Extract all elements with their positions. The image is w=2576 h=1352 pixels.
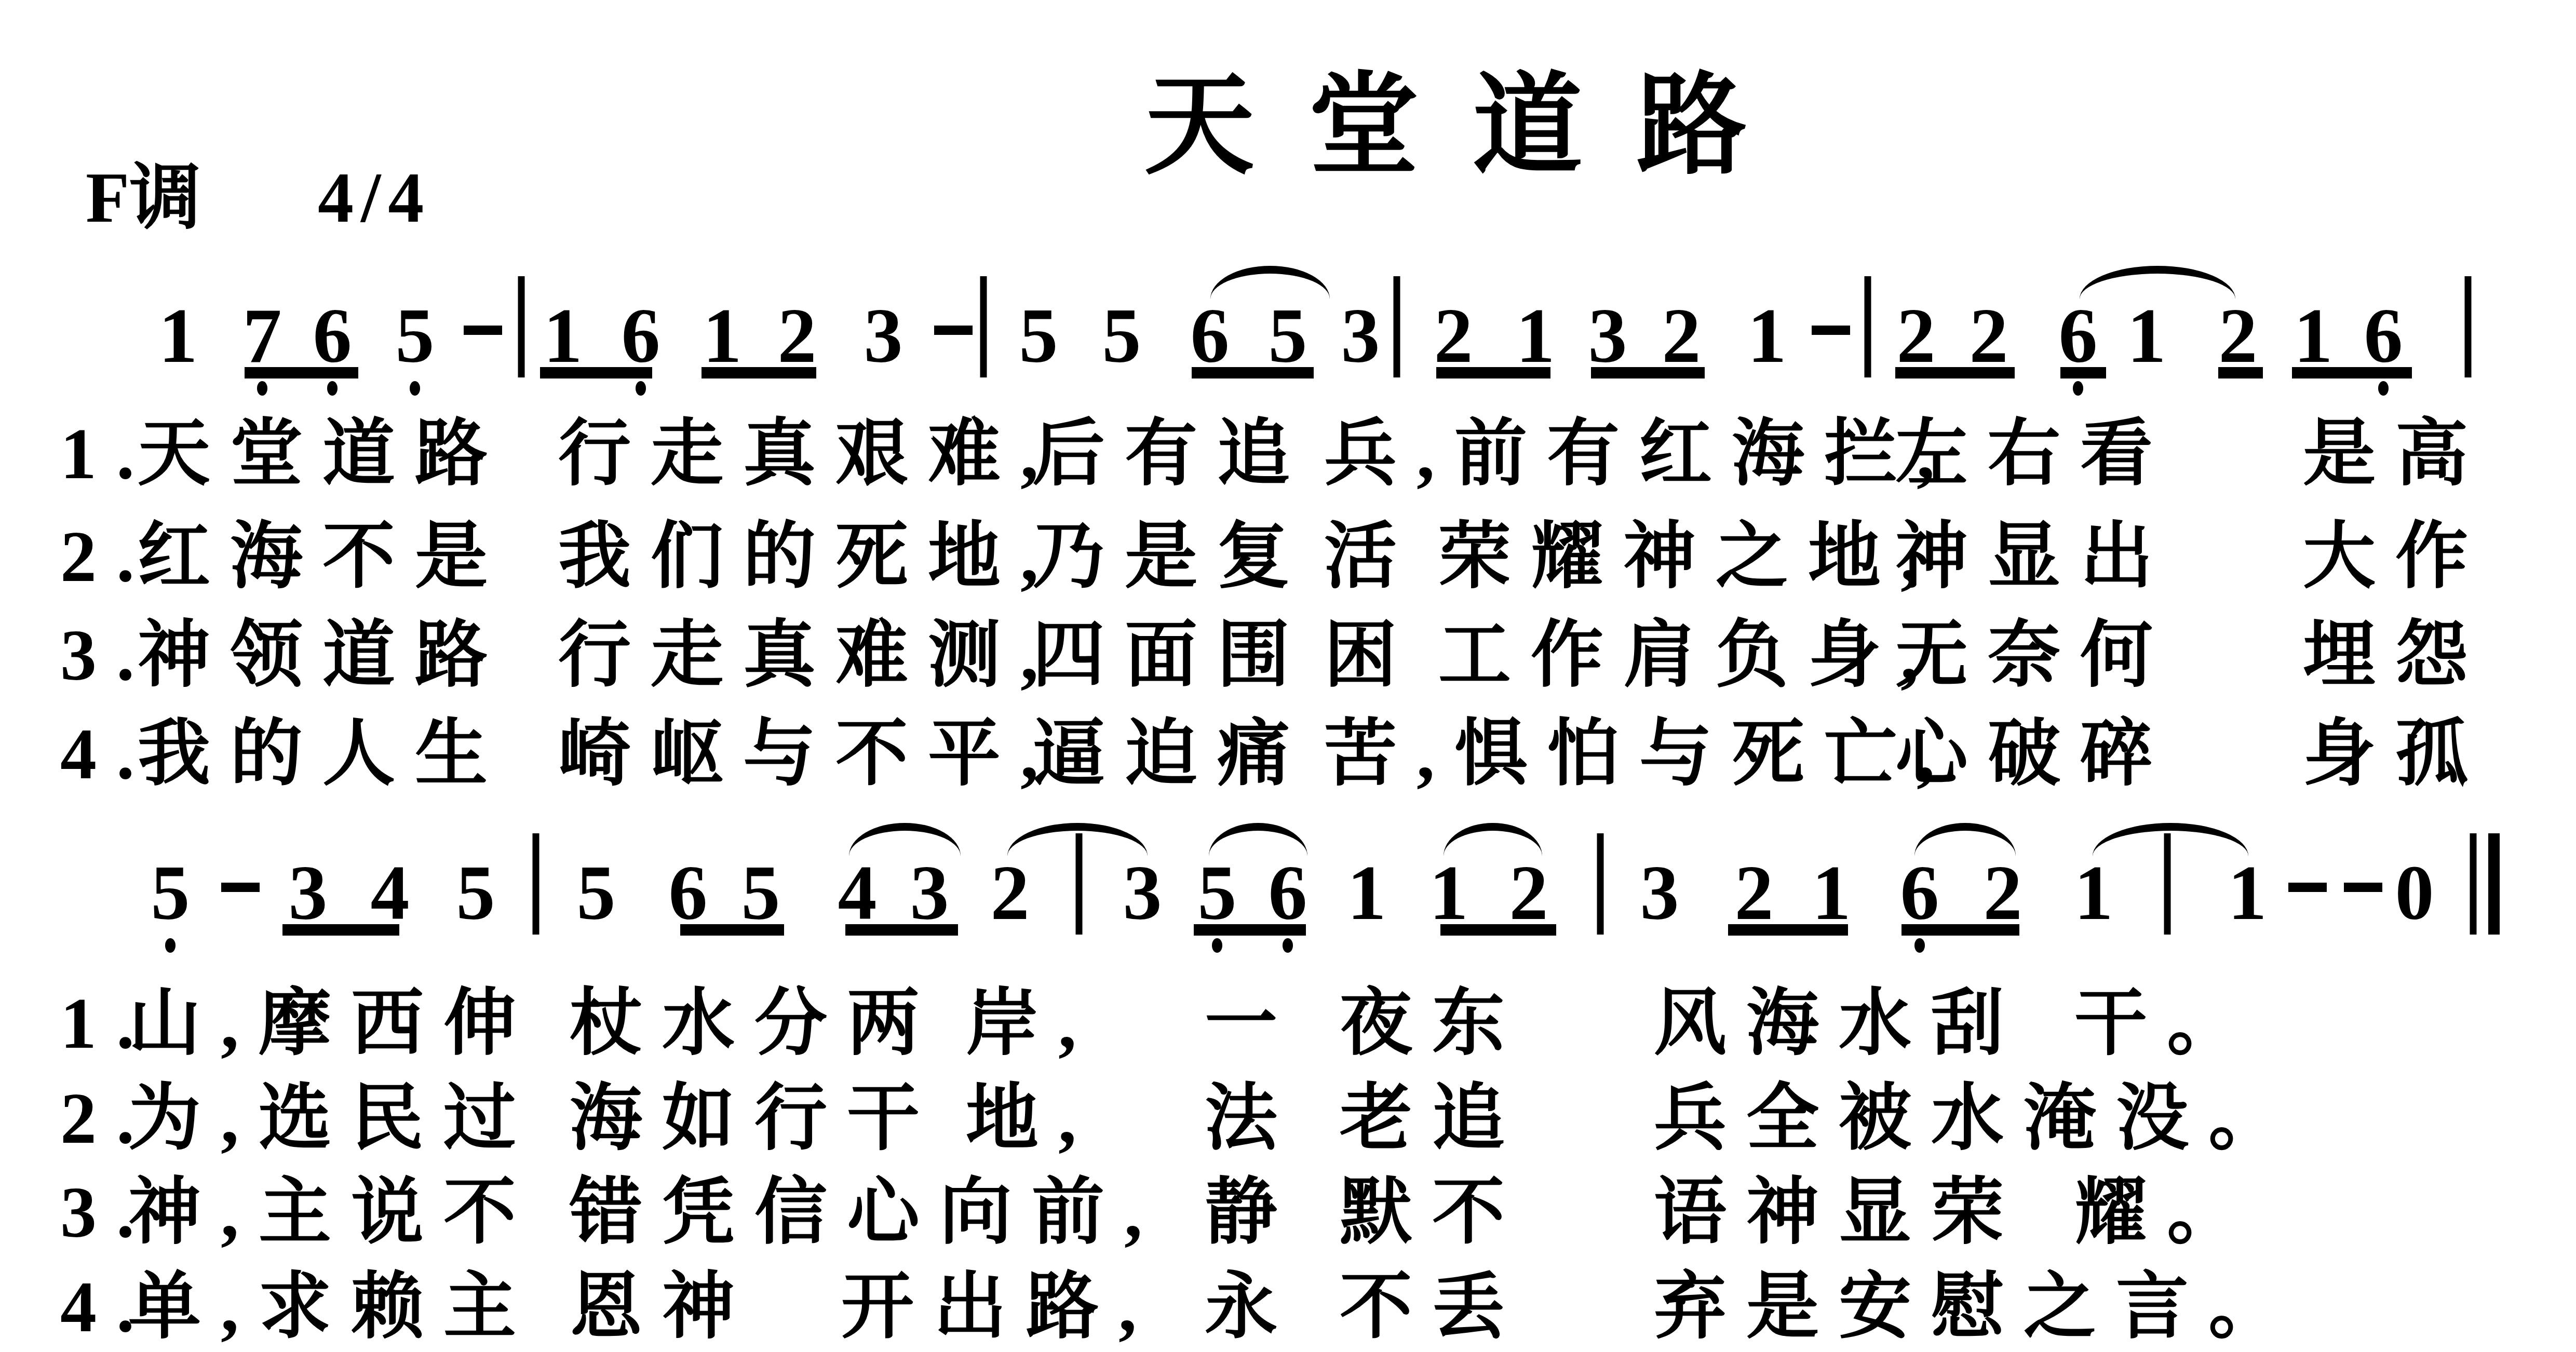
barline [518,276,525,377]
note-number: 6 [1191,297,1230,375]
lyric-segment: 工作肩负身, [1438,619,1938,692]
beam [845,924,958,936]
final-barline [2488,833,2500,935]
note-number: 5 [1019,297,1058,375]
lyric-segment: 左右看 [1895,418,2173,491]
beam [2218,367,2263,378]
note-number: 5 [741,854,780,932]
duration-dash [2288,883,2327,892]
note-number: 4 [371,854,410,932]
beam [1192,367,1314,378]
note-number: 1 [544,297,583,375]
slur-arc [1444,823,1542,856]
note-number: 2 [1662,297,1701,375]
note-number: 5 [396,297,435,375]
slur-arc [849,823,961,856]
note-number: 3 [1341,297,1380,375]
beam [1728,924,1848,936]
slur-arc [1007,823,1148,856]
note-number: 3 [1588,297,1627,375]
octave-dot [327,381,338,396]
beam [1901,924,2019,936]
note-number: 1 [703,297,742,375]
lyric-segment: 一 [1205,988,1297,1060]
lyric-segment: 神,主说不 [128,1177,536,1249]
lyric-segment: 兵,前有红海拦, [1324,418,1954,491]
note-number: 5 [1198,854,1237,932]
lyric-segment: 神显出 [1895,521,2173,593]
duration-dash [2344,883,2382,892]
note-number: 3 [1123,854,1162,932]
note-number: 1 [1347,854,1386,932]
slur-arc [1209,823,1307,856]
lyric-segment: 埋怨 [2303,619,2488,692]
octave-dot [2378,381,2389,396]
lyric-segment: 夜东 [1340,988,1525,1060]
beam [1440,924,1556,936]
lyric-segment: 乃是复 [1032,521,1310,593]
lyric-segment: 神领道路 [138,619,507,692]
note-number: 2 [1984,854,2022,932]
lyric-segment: 四面围 [1032,619,1310,692]
beam [1194,924,1306,936]
slur-arc [2093,823,2248,856]
lyric-segment: 单,求赖主 [128,1271,536,1344]
lyric-segment: 老追 [1340,1083,1525,1155]
lyric-segment: 我们的死地, [558,521,1058,593]
slur-arc [2080,266,2235,299]
lyric-segment: 行走真难测, [558,619,1058,692]
note-number: 2 [2219,297,2258,375]
lyric-segment: 行走真艰难, [558,418,1058,491]
lyric-segment: 困 [1324,619,1417,692]
slur-arc [1210,266,1330,299]
lyric-segment: 默不 [1340,1177,1525,1249]
lyric-segment: 永 [1205,1271,1297,1344]
note-number: 5 [1102,297,1141,375]
duration-dash [464,326,502,335]
note-number: 3 [1640,854,1679,932]
note-number: 6 [1900,854,1939,932]
beam [702,367,816,378]
lyric-segment: 不丢 [1340,1271,1525,1344]
lyric-segment: 大作 [2303,521,2488,593]
lyric-segment: 地, [966,1083,1096,1155]
lyric-segment: 荣耀神之地, [1438,521,1938,593]
lyric-segment: 耀。 [2074,1177,2259,1249]
note-number: 1 [1812,854,1851,932]
beam [2060,367,2106,378]
note-number: 5 [1269,297,1307,375]
barline [533,833,540,935]
lyric-segment: 红海不是 [138,521,507,593]
octave-dot [1914,938,1925,953]
barline [1865,276,1871,377]
note-number: 1 [1748,297,1787,375]
note-number: 4 [838,854,877,932]
lyric-segment: 身孤 [2303,718,2488,791]
note-number: 5 [151,854,190,932]
lyric-segment: 弃是安慰之言。 [1654,1271,2301,1344]
lyric-segment: 无奈何 [1895,619,2173,692]
lyric-segment: 恩神 [570,1271,754,1344]
lyric-segment: 我的人生 [138,718,507,791]
note-number: 2 [1897,297,1936,375]
lyric-segment: 是高 [2303,418,2488,491]
octave-dot [1283,938,1293,953]
beam [1895,367,2015,378]
octave-dot [2073,381,2083,396]
lyric-segment: 崎岖与不平, [558,718,1058,791]
note-number: 2 [1735,854,1774,932]
barline [2465,276,2472,377]
octave-dot [1212,938,1222,953]
slur-arc [1914,823,2016,856]
note-number: 1 [2127,297,2166,375]
octave-dot [410,381,420,396]
note-number: 3 [864,297,903,375]
octave-dot [165,938,176,953]
beam [2292,367,2412,378]
final-barline [2470,833,2477,935]
lyric-segment: 静 [1205,1177,1297,1249]
lyric-segment: 逼迫痛 [1032,718,1310,791]
lyric-segment: 风海水刮 [1654,988,2024,1060]
lyric-segment: 语神显荣 [1654,1177,2024,1249]
note-number: 1 [1429,854,1468,932]
note-number: 6 [313,297,352,375]
song-title: 天堂道路 [1144,72,1801,182]
key-signature: F调 [86,162,201,234]
note-number: 6 [622,297,660,375]
note-number: 2 [1509,854,1548,932]
lyric-segment: 兵全被水淹没。 [1654,1083,2301,1155]
note-number: 3 [289,854,328,932]
note-number: 3 [910,854,949,932]
duration-dash [934,326,973,335]
beam [282,924,399,936]
lyric-segment: 干。 [2074,988,2259,1060]
time-signature: 4/4 [318,162,431,234]
lyric-segment: 后有追 [1032,418,1310,491]
note-number: 2 [1970,297,2008,375]
note-number: 5 [456,854,495,932]
lyric-segment: 错凭信心向前, [570,1177,1162,1249]
note-number: 1 [2228,854,2267,932]
note-number: 1 [1516,297,1555,375]
note-number: 2 [778,297,817,375]
note-number: 1 [159,297,198,375]
barline [1597,833,1604,935]
octave-dot [636,381,646,396]
octave-dot [257,381,267,396]
duration-dash [1812,326,1850,335]
note-number: 5 [577,854,616,932]
note-number: 1 [2074,854,2113,932]
note-number: 7 [243,297,282,375]
note-number: 1 [2294,297,2333,375]
lyric-segment: 活 [1324,521,1417,593]
lyric-segment: 开出路, [841,1271,1156,1344]
note-number: 0 [2395,854,2434,932]
lyric-segment: 为,选民过 [128,1083,536,1155]
beam [245,367,358,378]
lyric-segment: 海如行干 [570,1083,939,1155]
duration-dash [221,883,260,892]
lyric-segment: 杖水分两 [570,988,939,1060]
note-number: 6 [669,854,708,932]
beam [540,367,652,378]
beam [680,924,784,936]
lyric-segment: 山,摩西伸 [128,988,536,1060]
lyric-segment: 苦,惧怕与死亡, [1324,718,1954,791]
note-number: 6 [1269,854,1307,932]
sheet-music-page: 天堂道路 F调 4/4 1765161235565321321226121653… [0,0,2576,1352]
note-number: 2 [991,854,1030,932]
lyric-segment: 岸, [966,988,1096,1060]
note-number: 2 [1434,297,1473,375]
lyric-segment: 天堂道路 [138,418,507,491]
barline [980,276,987,377]
lyric-segment: 心破碎 [1895,718,2173,791]
note-number: 6 [2364,297,2403,375]
barline [1394,276,1400,377]
beam [1436,367,1550,378]
lyric-segment: 法 [1205,1083,1297,1155]
note-number: 6 [2059,297,2098,375]
beam [1591,367,1705,378]
